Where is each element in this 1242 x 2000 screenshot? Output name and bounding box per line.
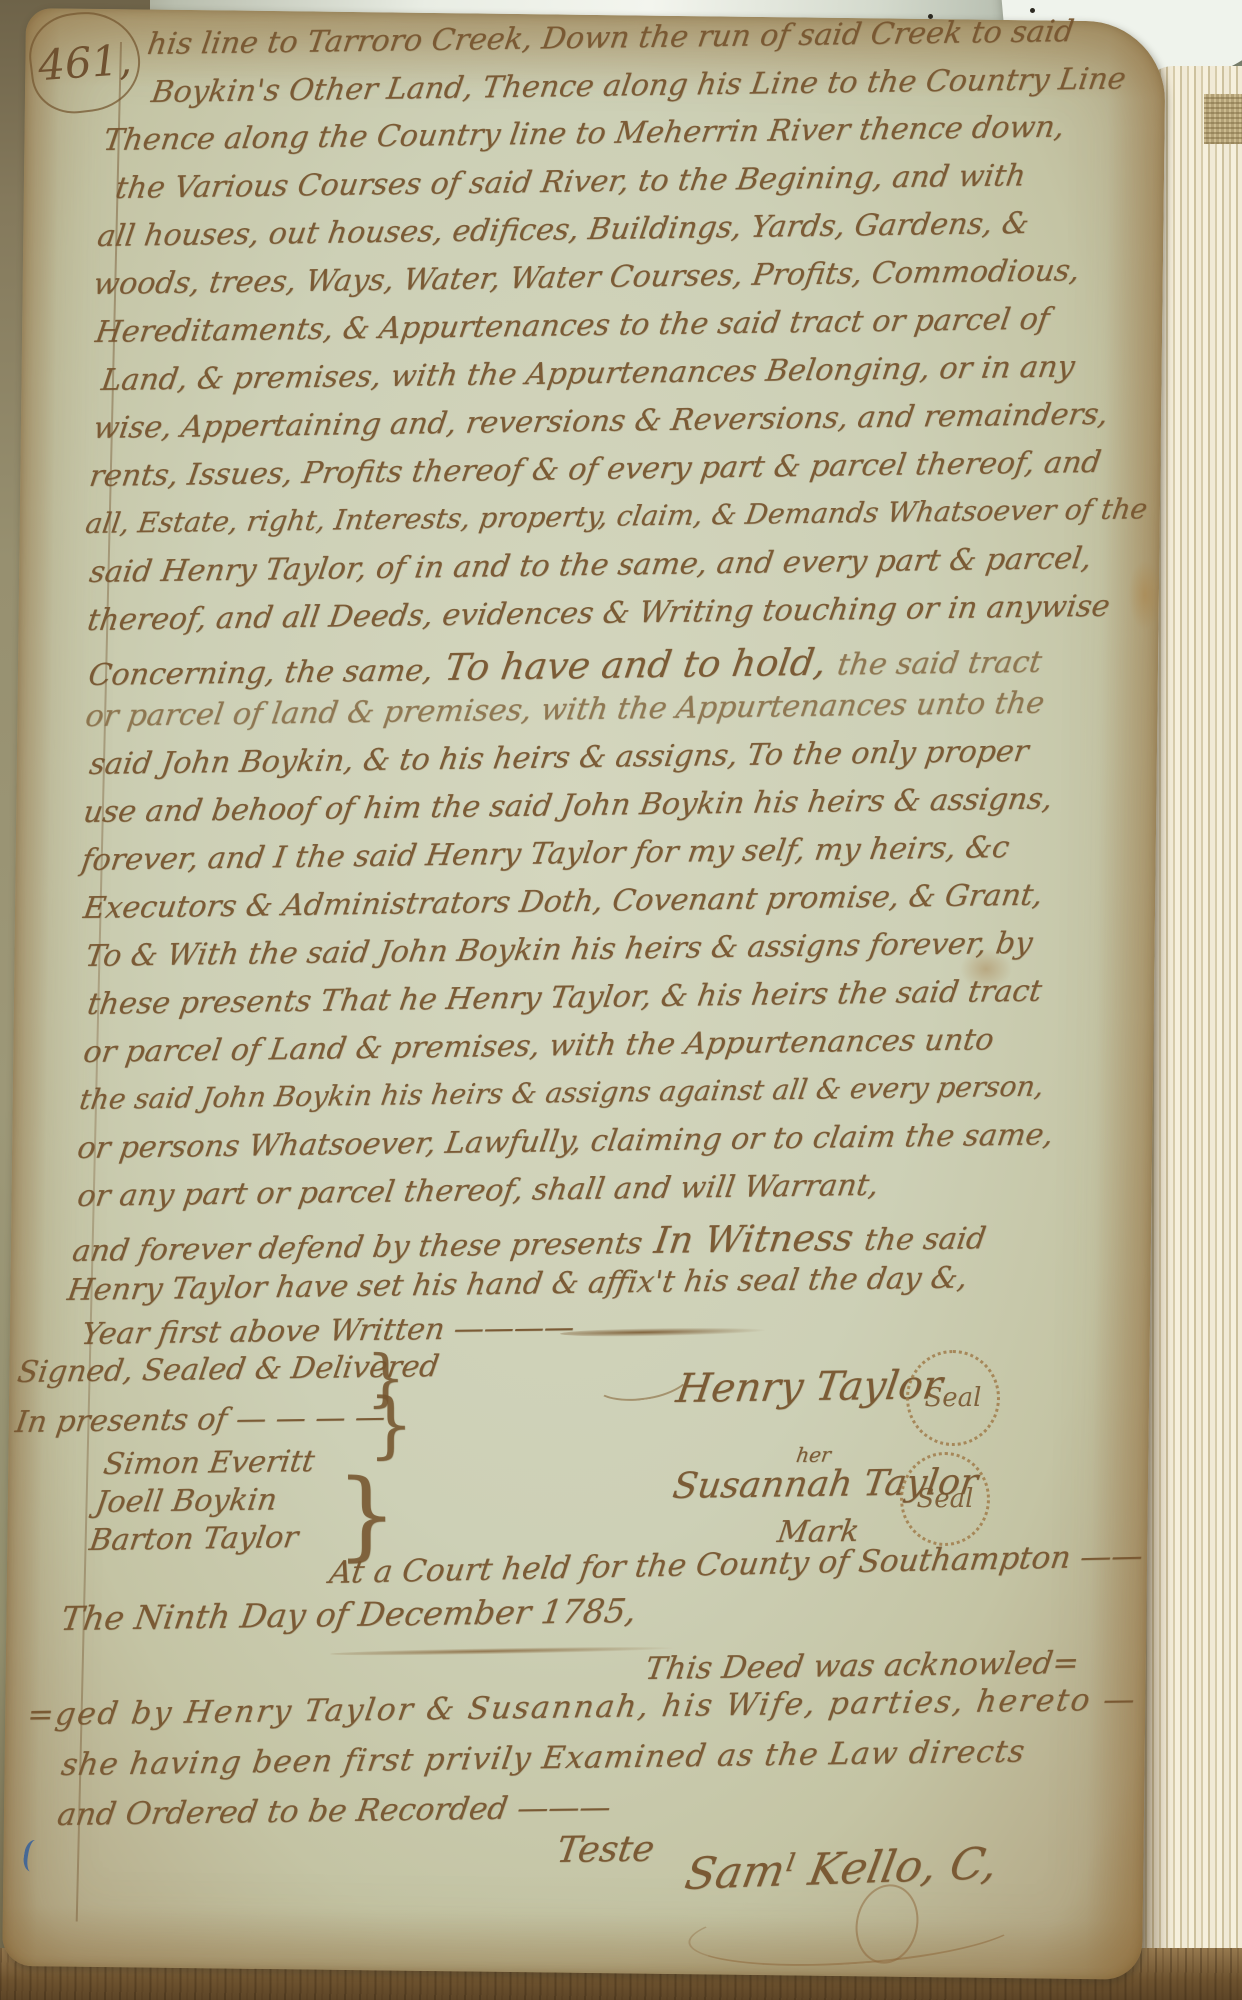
deed-line-14-pre: Concerning, the same,: [86, 653, 435, 693]
signature-henry-taylor: Henry Taylor: [673, 1362, 945, 1412]
deed-line-9: wise, Appertaining and, reversions & Rev…: [91, 398, 1110, 447]
deed-line-11: all, Estate, right, Interests, property,…: [83, 493, 1149, 540]
in-witness-phrase: In Witness: [652, 1216, 857, 1262]
deed-line-4: the Various Courses of said River, to th…: [113, 159, 1028, 206]
deed-line-19: Executors & Administrators Doth, Covenan…: [81, 879, 1045, 927]
deed-line-7: Hereditaments, & Appurtenances to the sa…: [93, 303, 1051, 351]
brace-icon: }: [368, 1392, 414, 1457]
deed-line-12: said Henry Taylor, of in and to the same…: [87, 542, 1094, 590]
deed-line-22: or parcel of Land & premises, with the A…: [81, 1023, 996, 1070]
deed-line-28: Year first above Written ————: [79, 1311, 577, 1352]
seal-label: Seal: [916, 1484, 973, 1514]
photo-of-deed-book-page: 461, his line to Tarroro Creek, Down the…: [0, 0, 1242, 2000]
acknowledgment-line-3: she having been first privily Examined a…: [59, 1735, 1028, 1784]
acknowledgment-line-4: and Ordered to be Recorded ———: [55, 1790, 613, 1833]
deed-line-14-post: the said tract: [835, 645, 1044, 683]
seal-outline-susannah: Seal: [900, 1452, 990, 1546]
ink-smear-dash: [560, 1326, 765, 1338]
deed-line-16: said John Boykin, & to his heirs & assig…: [87, 735, 1031, 783]
deed-line-10: rents, Issues, Profits thereof & of ever…: [87, 446, 1103, 495]
deed-line-20: To & With the said John Boykin his heirs…: [83, 927, 1035, 975]
habendum-clause: To have and to hold,: [442, 641, 829, 689]
deed-line-26-pre: and forever defend by these presents: [70, 1226, 645, 1269]
deed-line-25: or any part or parcel thereof, shall and…: [75, 1169, 881, 1215]
signature-clerk-sam-kello: Samˡ Kello, C,: [681, 1839, 1001, 1900]
handwriting-layer: his line to Tarroro Creek, Down the run …: [0, 0, 1242, 2000]
deed-line-1: his line to Tarroro Creek, Down the run …: [145, 15, 1076, 62]
deed-line-3: Thence along the Country line to Meherri…: [101, 111, 1067, 159]
brace-icon: }: [336, 1472, 397, 1558]
deed-line-15: or parcel of land & premises, with the A…: [83, 687, 1046, 735]
deed-line-18: forever, and I the said Henry Taylor for…: [79, 831, 1011, 878]
teste-label: Teste: [554, 1829, 657, 1872]
in-presents-of: In presents of — — — —: [13, 1401, 388, 1441]
witness-barton-taylor: Barton Taylor: [87, 1521, 300, 1558]
deed-line-13: thereof, and all Deeds, evidences & Writ…: [85, 590, 1112, 639]
deed-line-21: these presents That he Henry Taylor, & h…: [85, 975, 1044, 1023]
seal-label: Seal: [924, 1383, 981, 1413]
pen-stroke: [330, 1645, 675, 1657]
deed-line-23: the said John Boykin his heirs & assigns…: [77, 1071, 1046, 1117]
deed-line-2: Boykin's Other Land, Thence along his Li…: [149, 62, 1128, 110]
witness-simon-everitt: Simon Everitt: [101, 1445, 317, 1482]
court-held-line: At a Court held for the County of Southa…: [327, 1539, 1145, 1592]
deed-line-17: use and behoof of him the said John Boyk…: [81, 783, 1055, 831]
deed-line-8: Land, & premises, with the Appurtenances…: [99, 350, 1077, 398]
deed-line-24: or persons Whatsoever, Lawfully, claimin…: [75, 1118, 1055, 1166]
deed-line-6: woods, trees, Ways, Water, Water Courses…: [91, 254, 1082, 302]
seal-outline-henry: Seal: [906, 1350, 1000, 1446]
deed-line-14: Concerning, the same,To have and to hold…: [86, 639, 1045, 695]
acknowledgment-line-1: This Deed was acknowled=: [643, 1646, 1081, 1688]
deed-line-5: all houses, out houses, edifices, Buildi…: [95, 207, 1031, 254]
court-date-line: The Ninth Day of December 1785,: [59, 1592, 639, 1638]
deed-line-26-post: the said: [862, 1221, 988, 1258]
witness-joell-boykin: Joell Boykin: [93, 1483, 279, 1520]
acknowledgment-line-2: =ged by Henry Taylor & Susannah, his Wif…: [25, 1683, 1139, 1734]
